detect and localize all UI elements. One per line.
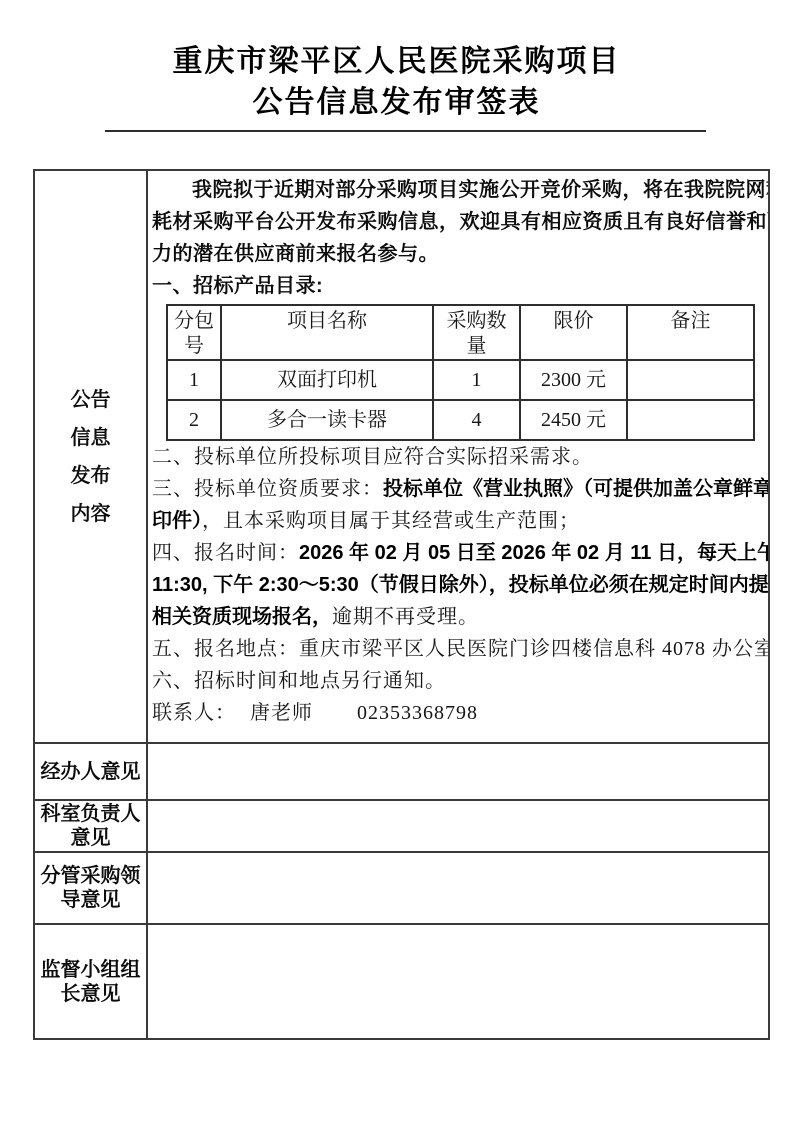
header-remarks: 备注 bbox=[627, 305, 754, 360]
procurement-leader-opinion-label: 分管采购领 导意见 bbox=[35, 851, 148, 923]
header-line: 量 bbox=[434, 334, 519, 359]
header-package-no: 分包 号 bbox=[167, 305, 221, 360]
cell-remarks bbox=[627, 400, 754, 440]
cell-project-name: 多合一读卡器 bbox=[221, 400, 433, 440]
cell-quantity: 1 bbox=[433, 360, 520, 400]
clause-bold-text: 印件） bbox=[152, 510, 202, 532]
document-page: 重庆市梁平区人民医院采购项目 公告信息发布审签表 公告 信息 发布 内容 我院拟… bbox=[0, 0, 793, 1122]
header-project-name: 项目名称 bbox=[221, 305, 433, 360]
header-line: 分包 bbox=[168, 309, 220, 334]
header-line: 采购数 bbox=[434, 309, 519, 334]
catalog-heading: 一、招标产品目录: bbox=[150, 270, 762, 302]
clause-3-line-2: 印件），且本采购项目属于其经营或生产范围； bbox=[150, 505, 762, 537]
operator-opinion-field bbox=[148, 742, 768, 799]
contact-label: 联系人： bbox=[152, 702, 236, 724]
clause-bold-text: 相关资质现场报名， bbox=[152, 606, 332, 628]
supervision-leader-opinion-field bbox=[148, 923, 768, 1038]
intro-line: 我院拟于近期对部分采购项目实施公开竞价采购，将在我院院网和设备 bbox=[150, 174, 762, 206]
contact-name: 唐老师 bbox=[250, 702, 313, 724]
announcement-content-cell: 我院拟于近期对部分采购项目实施公开竞价采购，将在我院院网和设备 耗材采购平台公开… bbox=[148, 171, 768, 742]
clause-text: 逾期不再受理。 bbox=[332, 606, 479, 628]
header-line: 备注 bbox=[628, 309, 753, 334]
clause-4-line-1: 四、报名时间：2026 年 02 月 05 日至 2026 年 02 月 11 … bbox=[150, 537, 762, 569]
cell-package-no: 1 bbox=[167, 360, 221, 400]
label-text: 科室负责人 bbox=[41, 802, 141, 826]
cell-price-limit: 2300 元 bbox=[520, 360, 627, 400]
department-head-opinion-label: 科室负责人 意见 bbox=[35, 799, 148, 851]
clause-text: ，且本采购项目属于其经营或生产范围； bbox=[202, 510, 580, 532]
header-price-limit: 限价 bbox=[520, 305, 627, 360]
department-head-opinion-field bbox=[148, 799, 768, 851]
operator-opinion-label: 经办人意见 bbox=[35, 742, 148, 799]
title-underline bbox=[105, 130, 706, 132]
product-row-1: 1 双面打印机 1 2300 元 bbox=[167, 360, 754, 400]
content-row-label: 公告 信息 发布 内容 bbox=[35, 171, 148, 742]
cell-project-name: 双面打印机 bbox=[221, 360, 433, 400]
label-text: 长意见 bbox=[61, 982, 121, 1006]
content-label-word: 发布 bbox=[71, 466, 111, 486]
clause-3-line-1: 三、投标单位资质要求：投标单位《营业执照》（可提供加盖公章鲜章的复 bbox=[150, 473, 762, 505]
clause-text: 二、投标单位所投标项目应符合实际招采需求。 bbox=[152, 446, 593, 468]
procurement-leader-opinion-field bbox=[148, 851, 768, 923]
contact-line: 联系人：唐老师02353368798 bbox=[150, 697, 762, 729]
clause-4-line-3: 相关资质现场报名，逾期不再受理。 bbox=[150, 601, 762, 633]
clause-text: 三、投标单位资质要求： bbox=[152, 478, 383, 500]
content-label-word: 内容 bbox=[71, 504, 111, 524]
header-line: 限价 bbox=[521, 309, 626, 334]
header-line: 项目名称 bbox=[222, 309, 432, 334]
cell-package-no: 2 bbox=[167, 400, 221, 440]
header-quantity: 采购数 量 bbox=[433, 305, 520, 360]
clause-4-line-2: 11:30, 下午 2:30～5:30（节假日除外），投标单位必须在规定时间内提… bbox=[150, 569, 762, 601]
intro-line: 耗材采购平台公开发布采购信息，欢迎具有相应资质且有良好信誉和配送能 bbox=[150, 206, 762, 238]
product-row-2: 2 多合一读卡器 4 2450 元 bbox=[167, 400, 754, 440]
label-text: 分管采购领 bbox=[41, 864, 141, 888]
clause-bold-text: 投标单位《营业执照》（可提供加盖公章鲜章的复 bbox=[383, 478, 768, 500]
content-label-word: 信息 bbox=[71, 428, 111, 448]
clause-text: 五、报名地点：重庆市梁平区人民医院门诊四楼信息科 4078 办公室 bbox=[152, 638, 768, 660]
clause-text: 六、招标时间和地点另行通知。 bbox=[152, 670, 446, 692]
label-text: 监督小组组 bbox=[41, 958, 141, 982]
document-title-line-1: 重庆市梁平区人民医院采购项目 bbox=[0, 41, 793, 82]
clause-6: 六、招标时间和地点另行通知。 bbox=[150, 665, 762, 697]
header-line: 号 bbox=[168, 334, 220, 359]
product-catalog-table: 分包 号 项目名称 采购数 量 限价 bbox=[166, 304, 755, 441]
clause-5: 五、报名地点：重庆市梁平区人民医院门诊四楼信息科 4078 办公室 bbox=[150, 633, 762, 665]
approval-form-table: 公告 信息 发布 内容 我院拟于近期对部分采购项目实施公开竞价采购，将在我院院网… bbox=[33, 169, 770, 1040]
clause-bold-text: 2026 年 02 月 05 日至 2026 年 02 月 11 日，每天上午 … bbox=[299, 542, 768, 564]
label-text: 意见 bbox=[71, 826, 111, 850]
clause-2: 二、投标单位所投标项目应符合实际招采需求。 bbox=[150, 441, 762, 473]
document-title: 重庆市梁平区人民医院采购项目 公告信息发布审签表 bbox=[0, 41, 793, 123]
clause-text: 四、报名时间： bbox=[152, 542, 299, 564]
label-text: 经办人意见 bbox=[41, 760, 141, 784]
supervision-leader-opinion-label: 监督小组组 长意见 bbox=[35, 923, 148, 1038]
clause-bold-text: 11:30, 下午 2:30～5:30（节假日除外），投标单位必须在规定时间内提… bbox=[152, 574, 768, 596]
cell-remarks bbox=[627, 360, 754, 400]
intro-line: 力的潜在供应商前来报名参与。 bbox=[150, 238, 762, 270]
cell-quantity: 4 bbox=[433, 400, 520, 440]
document-title-line-2: 公告信息发布审签表 bbox=[0, 82, 793, 123]
contact-phone: 02353368798 bbox=[357, 702, 478, 724]
content-label-word: 公告 bbox=[71, 390, 111, 410]
label-text: 导意见 bbox=[61, 888, 121, 912]
cell-price-limit: 2450 元 bbox=[520, 400, 627, 440]
product-table-header-row: 分包 号 项目名称 采购数 量 限价 bbox=[167, 305, 754, 360]
